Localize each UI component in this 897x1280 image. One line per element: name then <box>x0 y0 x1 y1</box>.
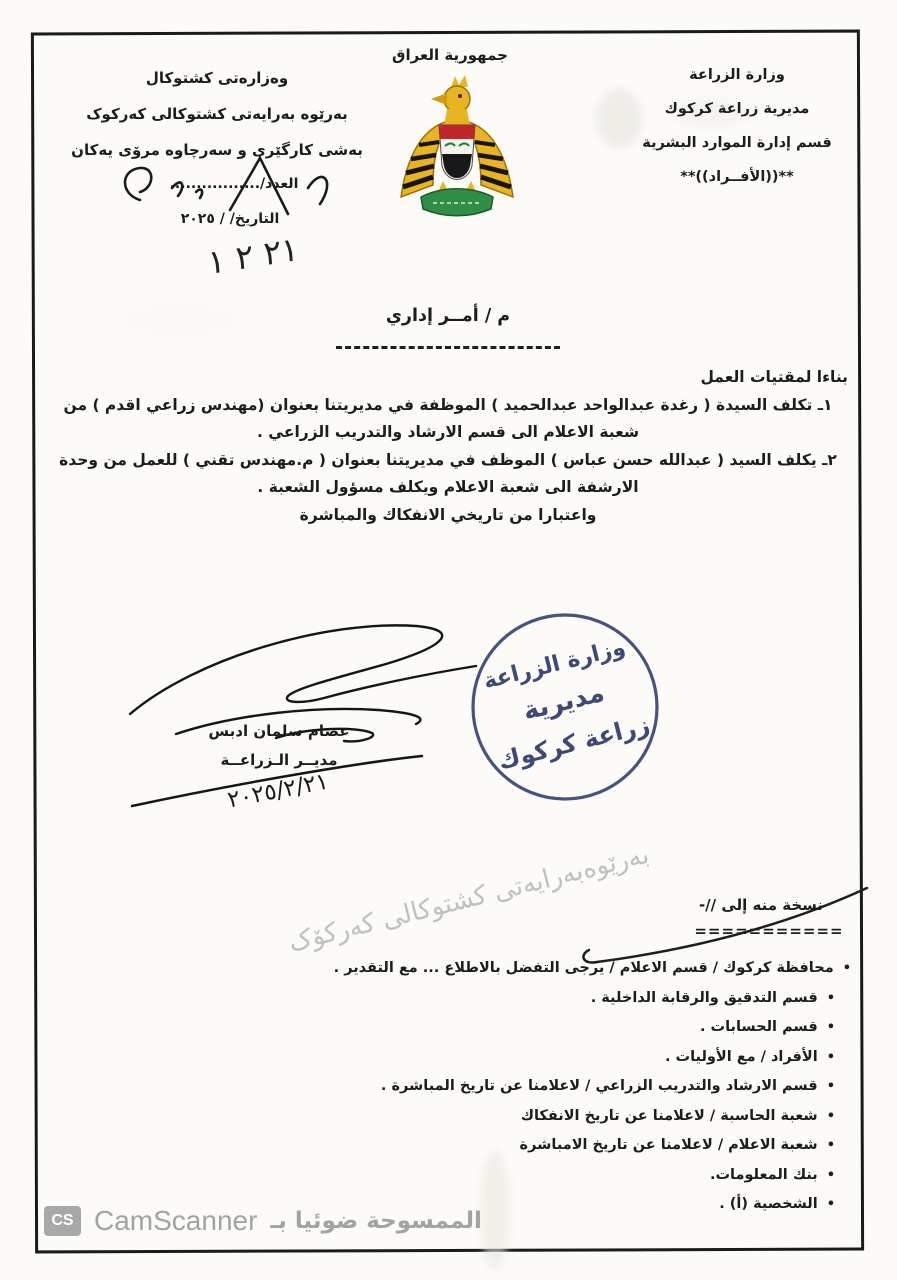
copy-item: شعبة الحاسبة / لاعلامنا عن تاريخ الانفكا… <box>330 1102 835 1132</box>
camscanner-logo-icon: CS <box>44 1206 81 1236</box>
order-body: بناءا لمقتيات العمل ١ـ تكلف السيدة ( رغد… <box>42 364 854 529</box>
document-title: م / أمــر إداري <box>330 306 566 326</box>
copy-item: قسم التدقيق والرقابة الداخلية . <box>330 984 835 1014</box>
directorate-line: مديرية زراعة كركوك <box>623 92 851 126</box>
country-title: جمهورية العراق <box>350 46 550 64</box>
copy-item: قسم الحسابات . <box>330 1013 835 1043</box>
stamp-line-1: وزارة الزراعة <box>481 635 628 694</box>
handwritten-number-scribble <box>110 146 362 244</box>
directorate-round-stamp: وزارة الزراعة مديرية زراعة كركوك <box>460 606 674 816</box>
iraq-coat-of-arms-icon <box>393 68 521 220</box>
kurdish-directorate-line: بەرێوە بەرایەتی کشتوکالی کەرکوک <box>60 96 374 132</box>
copy-item: الأفراد / مع الأوليات . <box>330 1043 835 1073</box>
camscanner-watermark: CS CamScanner الممسوحة ضوئيا بـ <box>36 1198 482 1244</box>
individuals-line: **((الأفــراد))** <box>623 160 851 194</box>
stamp-line-2: مديرية <box>520 678 607 727</box>
ministry-line: وزارة الزراعة <box>623 58 851 92</box>
order-item-2: ٢ـ يكلف السيد ( عبدالله حسن عباس ) الموظ… <box>42 447 854 502</box>
ministry-header-block: وزارة الزراعة مديرية زراعة كركوك قسم إدا… <box>623 58 851 194</box>
camscanner-arabic-text: الممسوحة ضوئيا بـ <box>270 1208 482 1234</box>
copy-item: قسم الارشاد والتدريب الزراعي / لاعلامنا … <box>330 1072 835 1102</box>
copy-to-list: محافظة كركوك / قسم الاعلام / يرجى التفضل… <box>330 954 835 1220</box>
body-closing: واعتبارا من تاريخي الانفكاك والمباشرة <box>42 502 854 530</box>
scanned-document-page: جمهورية العراق وزارة الزراعة مدير <box>0 0 897 1280</box>
copy-item: محافظة كركوك / قسم الاعلام / يرجى التفضل… <box>316 954 851 984</box>
body-intro: بناءا لمقتيات العمل <box>42 364 854 392</box>
signatory-name: عصام سلمان ادبس <box>150 722 408 740</box>
kurdish-ministry-line: وەزارەتی کشتوکال <box>60 60 374 96</box>
copy-item: شعبة الاعلام / لاعلامنا عن تاريخ الامباش… <box>330 1131 835 1161</box>
camscanner-brand: CamScanner <box>94 1205 257 1237</box>
title-underline <box>336 346 560 349</box>
stamp-line-3: زراعة كركوك <box>495 711 652 776</box>
hr-department-line: قسم إدارة الموارد البشرية <box>623 126 851 160</box>
order-item-1: ١ـ تكلف السيدة ( رغدة عبدالواحد عبدالحمي… <box>42 392 854 447</box>
copy-item: بنك المعلومات. <box>330 1161 835 1191</box>
scan-smudge <box>120 300 240 340</box>
